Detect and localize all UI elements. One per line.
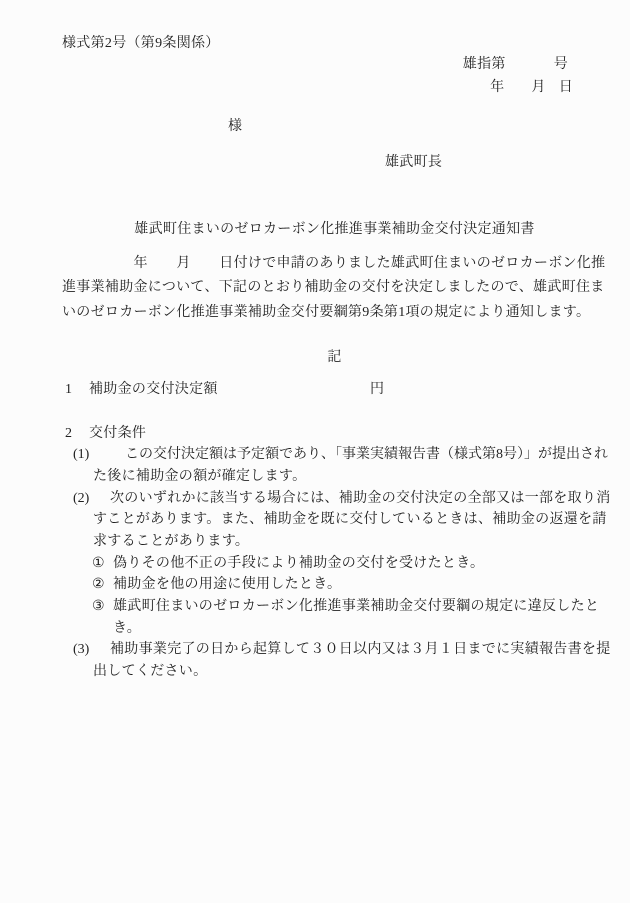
circled-item-2-marker: ② — [92, 577, 105, 592]
condition-1-line-2: た後に補助金の額が確定します。 — [93, 469, 306, 484]
circled-item-3-line-2: き。 — [113, 621, 141, 636]
doc-number-suffix: 号 — [554, 57, 568, 72]
condition-2-line-1: 次のいずれかに該当する場合には、補助金の交付決定の全部又は一部を取り消 — [110, 491, 611, 506]
record-marker: 記 — [62, 350, 607, 365]
circled-item-3-line-1: 雄武町住まいのゼロカーボン化推進事業補助金交付要綱の規定に違反したと — [113, 599, 599, 614]
condition-3-line-1: 補助事業完了の日から起算して３０日以内又は３月１日までに実績報告書を提 — [110, 642, 611, 657]
condition-2-marker: (2) — [73, 491, 89, 506]
date-month-label: 月 — [531, 80, 545, 95]
item-1-number: 1 — [65, 382, 72, 397]
date-line: 年月日 — [62, 80, 573, 95]
item-2-label: 交付条件 — [89, 426, 146, 441]
doc-number-line: 雄指第号 — [62, 57, 568, 72]
doc-number-prefix: 雄指第 — [463, 57, 506, 72]
date-month-blank — [546, 90, 559, 91]
circled-item-2-text: 補助金を他の用途に使用したとき。 — [113, 577, 341, 592]
condition-2-line-2: すことがあります。また、補助金を既に交付しているときは、補助金の返還を請 — [93, 512, 607, 527]
condition-1-marker: (1) — [73, 447, 89, 462]
sender-name: 雄武町長 — [385, 155, 442, 170]
doc-number-blank — [506, 67, 554, 68]
condition-1-line-1: この交付決定額は予定額であり、「事業実績報告書（様式第8号）」が提出され — [125, 447, 608, 462]
circled-item-1-text: 偽りその他不正の手段により補助金の交付を受けたとき。 — [113, 556, 484, 571]
document-title: 雄武町住まいのゼロカーボン化推進事業補助金交付決定通知書 — [62, 222, 607, 237]
condition-2-line-3: 求することがあります。 — [93, 534, 249, 549]
intro-paragraph-line-3: いのゼロカーボン化推進事業補助金交付要綱第9条第1項の規定により通知します。 — [62, 305, 590, 320]
intro-paragraph-line-2: 進事業補助金について、下記のとおり補助金の交付を決定しましたので、雄武町住ま — [62, 280, 605, 295]
document-page: 様式第2号（第9条関係） 雄指第号 年月日 様 雄武町長 雄武町住まいのゼロカー… — [0, 0, 630, 903]
addressee-honorific: 様 — [228, 119, 242, 134]
date-year-label: 年 — [490, 80, 504, 95]
condition-3-line-2: 出してください。 — [93, 664, 207, 679]
date-day-label: 日 — [559, 80, 573, 95]
item-1-label: 補助金の交付決定額 — [89, 382, 218, 397]
circled-item-1-marker: ① — [92, 556, 105, 571]
date-year-blank — [504, 90, 531, 91]
item-1-unit: 円 — [370, 382, 384, 397]
form-number: 様式第2号（第9条関係） — [62, 36, 220, 51]
intro-paragraph-line-1: 年 月 日付けで申請のありました雄武町住まいのゼロカーボン化推 — [62, 256, 605, 271]
condition-3-marker: (3) — [73, 642, 89, 657]
circled-item-3-marker: ③ — [92, 599, 105, 614]
item-2-number: 2 — [65, 426, 72, 441]
